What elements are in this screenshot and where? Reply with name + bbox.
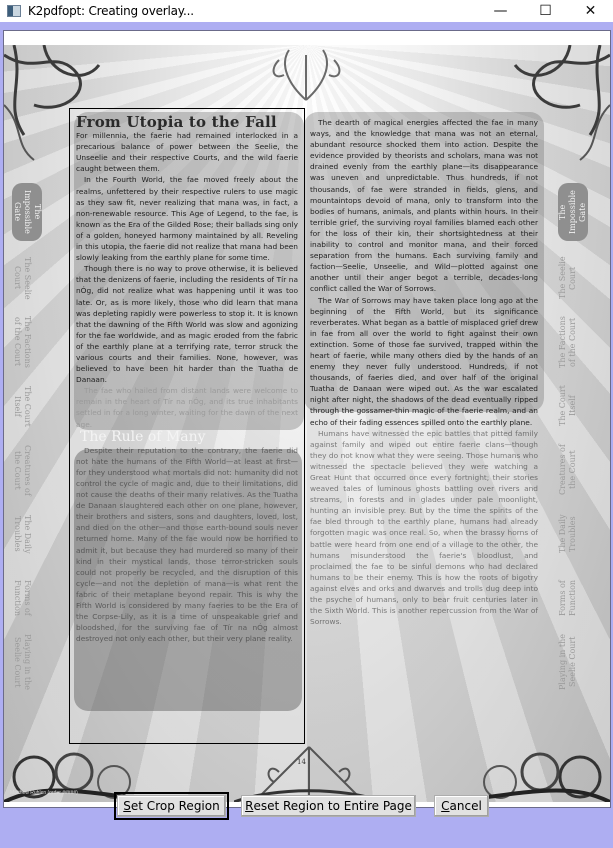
overlay-canvas[interactable]: The Impossible Gate The Seelie Court The… bbox=[3, 30, 611, 808]
button-label: eset Region to Entire Page bbox=[253, 799, 411, 813]
pdf-page-preview[interactable]: The Impossible Gate The Seelie Court The… bbox=[4, 45, 610, 802]
tab-forms-of-function[interactable]: Forms of Function bbox=[558, 567, 578, 629]
window-title: K2pdfopt: Creating overlay... bbox=[28, 4, 194, 18]
page-number: 14 bbox=[297, 758, 306, 766]
minimize-icon: — bbox=[494, 3, 508, 19]
minimize-button[interactable]: — bbox=[478, 0, 523, 22]
reset-region-button[interactable]: Reset Region to Entire Page bbox=[241, 795, 416, 817]
cancel-button[interactable]: Cancel bbox=[434, 795, 489, 817]
filigree-bottom-center bbox=[234, 742, 384, 802]
app-icon bbox=[7, 5, 21, 17]
crop-region-rectangle[interactable] bbox=[69, 108, 305, 744]
close-icon: ✕ bbox=[585, 3, 597, 19]
paragraph: Humans have witnessed the epic battles t… bbox=[310, 428, 538, 628]
button-label: ancel bbox=[450, 799, 482, 813]
tab-factions-of-court[interactable]: The Factions of the Court bbox=[558, 311, 578, 373]
tab-impossible-gate[interactable]: The Impossible Gate bbox=[558, 183, 588, 241]
maximize-icon: ☐ bbox=[539, 3, 552, 19]
tab-playing-seelie-court[interactable]: Playing in the Seelie Court bbox=[12, 631, 32, 693]
vine-ornament-bottom-right bbox=[440, 732, 610, 802]
client-area: The Impossible Gate The Seelie Court The… bbox=[0, 22, 613, 848]
tab-court-itself[interactable]: The Court Itself bbox=[12, 375, 32, 437]
button-label: et Crop Region bbox=[131, 799, 220, 813]
maximize-button[interactable]: ☐ bbox=[523, 0, 568, 22]
accel-key: R bbox=[245, 799, 253, 813]
accel-key: C bbox=[441, 799, 449, 813]
tab-seelie-court[interactable]: The Seelie Court bbox=[12, 247, 32, 309]
right-chapter-tabs: The Impossible Gate The Seelie Court The… bbox=[558, 183, 602, 695]
set-crop-region-button[interactable]: Set Crop Region bbox=[117, 795, 226, 817]
tab-playing-seelie-court[interactable]: Playing in the Seelie Court bbox=[558, 631, 578, 693]
title-bar: K2pdfopt: Creating overlay... — ☐ ✕ bbox=[0, 0, 613, 22]
accel-key: S bbox=[123, 799, 131, 813]
tab-seelie-court[interactable]: The Seelie Court bbox=[558, 247, 578, 309]
right-text-column: The dearth of magical energies affected … bbox=[310, 117, 538, 627]
button-row: Set Crop Region Reset Region to Entire P… bbox=[0, 795, 613, 821]
close-button[interactable]: ✕ bbox=[568, 0, 613, 22]
tab-daily-troubles[interactable]: The Daily Troubles bbox=[558, 503, 578, 565]
window-controls: — ☐ ✕ bbox=[478, 0, 613, 22]
tab-daily-troubles[interactable]: The Daily Troubles bbox=[12, 503, 32, 565]
paragraph: The War of Sorrows may have taken place … bbox=[310, 295, 538, 428]
left-chapter-tabs: The Impossible Gate The Seelie Court The… bbox=[12, 183, 56, 695]
tab-forms-of-function[interactable]: Forms of Function bbox=[12, 567, 32, 629]
filigree-top-center bbox=[259, 45, 354, 105]
tab-court-itself[interactable]: The Court Itself bbox=[558, 375, 578, 437]
paragraph: The dearth of magical energies affected … bbox=[310, 117, 538, 295]
tab-creatures-of-court[interactable]: Creatures of the Court bbox=[558, 439, 578, 501]
tab-impossible-gate[interactable]: The Impossible Gate bbox=[12, 183, 42, 241]
tab-factions-of-court[interactable]: The Factions of the Court bbox=[12, 311, 32, 373]
tab-creatures-of-court[interactable]: Creatures of the Court bbox=[12, 439, 32, 501]
